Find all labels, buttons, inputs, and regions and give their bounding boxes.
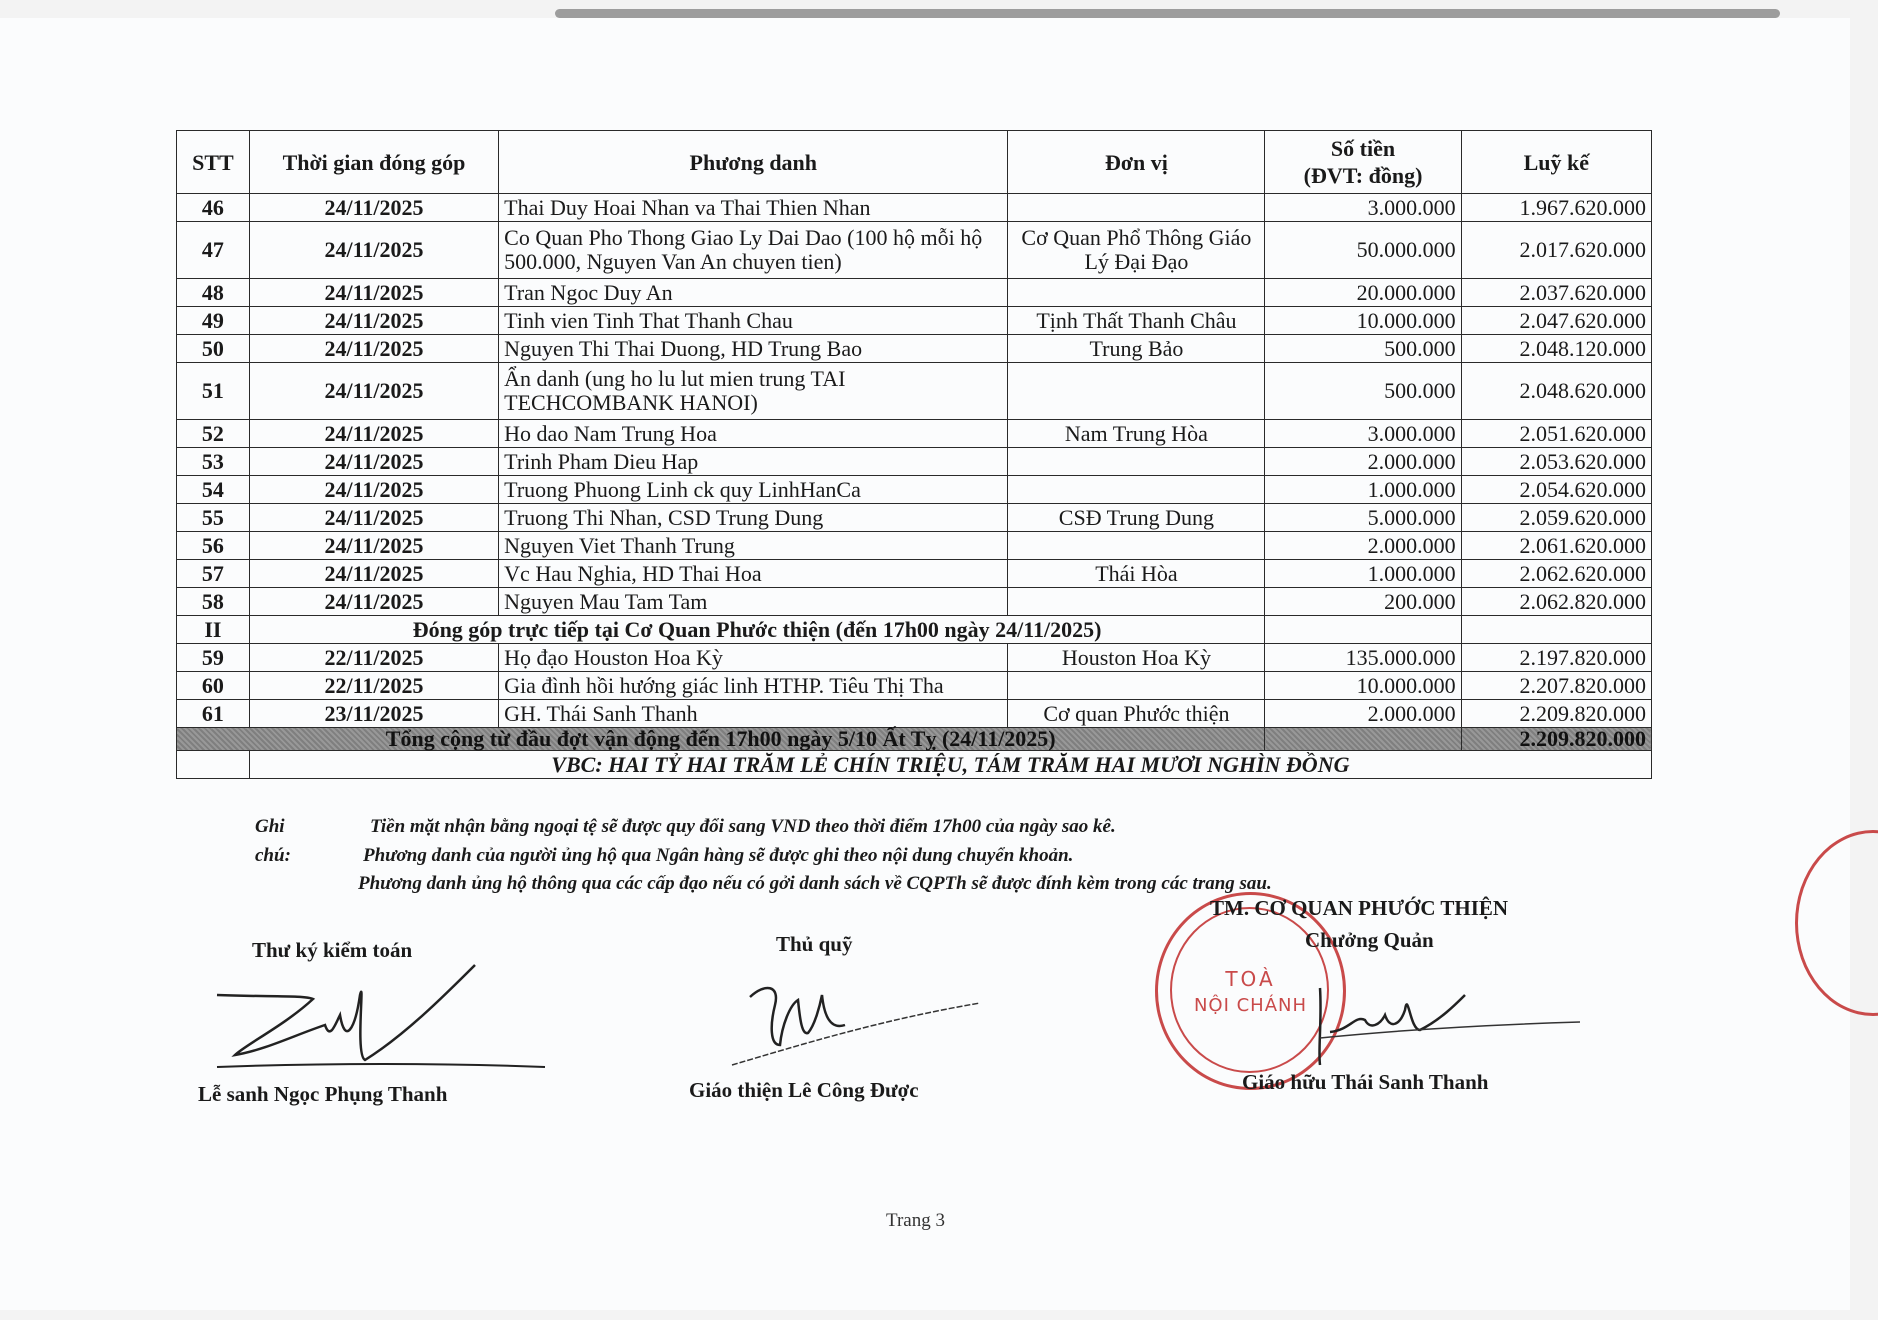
treasurer-name: Giáo thiện Lê Công Được — [689, 1078, 919, 1103]
cell-cumulative: 2.062.820.000 — [1461, 588, 1651, 616]
cell-amount: 10.000.000 — [1265, 307, 1461, 335]
cell-unit — [1008, 448, 1265, 476]
total-value: 2.209.820.000 — [1461, 728, 1651, 751]
cell-stt: 53 — [177, 448, 250, 476]
cell-stt: 60 — [177, 672, 250, 700]
cell-amount: 50.000.000 — [1265, 222, 1461, 279]
cell-date: 24/11/2025 — [249, 335, 498, 363]
cell-unit: Houston Hoa Kỳ — [1008, 644, 1265, 672]
table-row: 4724/11/2025Co Quan Pho Thong Giao Ly Da… — [177, 222, 1652, 279]
head-title: Chưởng Quản — [1305, 928, 1434, 953]
cell-amount: 5.000.000 — [1265, 504, 1461, 532]
cell-date: 24/11/2025 — [249, 363, 498, 420]
header-name: Phương danh — [499, 131, 1008, 194]
cell-cumulative: 2.059.620.000 — [1461, 504, 1651, 532]
header-stt: STT — [177, 131, 250, 194]
cell-cumulative: 2.197.820.000 — [1461, 644, 1651, 672]
section-row: II Đóng góp trực tiếp tại Cơ Quan Phước … — [177, 616, 1652, 644]
cell-stt: 49 — [177, 307, 250, 335]
amount-in-words-row: VBC: HAI TỶ HAI TRĂM LẺ CHÍN TRIỆU, TÁM … — [177, 751, 1652, 779]
cell-amount: 135.000.000 — [1265, 644, 1461, 672]
head-organization: TM. CƠ QUAN PHƯỚC THIỆN — [1210, 896, 1508, 921]
cell-cumulative: 2.048.620.000 — [1461, 363, 1651, 420]
cell-date: 24/11/2025 — [249, 194, 498, 222]
table-row: 5624/11/2025Nguyen Viet Thanh Trung2.000… — [177, 532, 1652, 560]
cell-name: Ẩn danh (ung ho lu lut mien trung TAI TE… — [499, 363, 1008, 420]
cell-cumulative: 2.048.120.000 — [1461, 335, 1651, 363]
table-row: 5324/11/2025Trinh Pham Dieu Hap2.000.000… — [177, 448, 1652, 476]
cell-cumulative: 2.207.820.000 — [1461, 672, 1651, 700]
header-unit: Đơn vị — [1008, 131, 1265, 194]
cell-stt: 56 — [177, 532, 250, 560]
cell-unit — [1008, 194, 1265, 222]
donation-table: STT Thời gian đóng góp Phương danh Đơn v… — [176, 130, 1652, 779]
auditor-signature-icon — [205, 955, 585, 1085]
treasurer-signature-icon — [720, 975, 1000, 1075]
cell-amount: 3.000.000 — [1265, 420, 1461, 448]
cell-stt: 52 — [177, 420, 250, 448]
total-label: Tổng cộng từ đầu đợt vận động đến 17h00 … — [177, 728, 1265, 751]
section-title: Đóng góp trực tiếp tại Cơ Quan Phước thi… — [249, 616, 1265, 644]
table-row: 5024/11/2025Nguyen Thi Thai Duong, HD Tr… — [177, 335, 1652, 363]
cell-name: Gia đình hồi hướng giác linh HTHP. Tiêu … — [499, 672, 1008, 700]
table-row: 5224/11/2025Ho dao Nam Trung HoaNam Trun… — [177, 420, 1652, 448]
section-number: II — [177, 616, 250, 644]
total-row: Tổng cộng từ đầu đợt vận động đến 17h00 … — [177, 728, 1652, 751]
table-row: 5824/11/2025Nguyen Mau Tam Tam200.0002.0… — [177, 588, 1652, 616]
cell-date: 22/11/2025 — [249, 672, 498, 700]
cell-unit: CSĐ Trung Dung — [1008, 504, 1265, 532]
cell-date: 23/11/2025 — [249, 700, 498, 728]
table-row: 6022/11/2025Gia đình hồi hướng giác linh… — [177, 672, 1652, 700]
cell-stt: 55 — [177, 504, 250, 532]
cell-cumulative: 2.054.620.000 — [1461, 476, 1651, 504]
cell-stt: 54 — [177, 476, 250, 504]
header-cumulative: Luỹ kế — [1461, 131, 1651, 194]
cell-cumulative: 1.967.620.000 — [1461, 194, 1651, 222]
cell-name: Họ đạo Houston Hoa Kỳ — [499, 644, 1008, 672]
cell-name: Thai Duy Hoai Nhan va Thai Thien Nhan — [499, 194, 1008, 222]
cell-date: 24/11/2025 — [249, 222, 498, 279]
treasurer-title: Thủ quỹ — [776, 932, 852, 957]
notes-label: Ghi chú: — [255, 812, 291, 870]
cell-date: 22/11/2025 — [249, 644, 498, 672]
cell-amount: 2.000.000 — [1265, 700, 1461, 728]
head-signature-icon — [1260, 970, 1590, 1080]
cell-cumulative: 2.037.620.000 — [1461, 279, 1651, 307]
page-number: Trang 3 — [886, 1210, 945, 1232]
head-name: Giáo hữu Thái Sanh Thanh — [1242, 1070, 1488, 1095]
cell-name: Truong Phuong Linh ck quy LinhHanCa — [499, 476, 1008, 504]
cell-name: Nguyen Mau Tam Tam — [499, 588, 1008, 616]
cell-amount: 20.000.000 — [1265, 279, 1461, 307]
cell-name: Truong Thi Nhan, CSD Trung Dung — [499, 504, 1008, 532]
cell-name: Tran Ngoc Duy An — [499, 279, 1008, 307]
cell-date: 24/11/2025 — [249, 504, 498, 532]
cell-amount: 1.000.000 — [1265, 560, 1461, 588]
cell-date: 24/11/2025 — [249, 448, 498, 476]
cell-date: 24/11/2025 — [249, 532, 498, 560]
cell-date: 24/11/2025 — [249, 560, 498, 588]
cell-stt: 48 — [177, 279, 250, 307]
cell-unit: Cơ Quan Phổ Thông Giáo Lý Đại Đạo — [1008, 222, 1265, 279]
cell-unit: Thái Hòa — [1008, 560, 1265, 588]
cell-date: 24/11/2025 — [249, 588, 498, 616]
cell-stt: 61 — [177, 700, 250, 728]
cell-name: Nguyen Thi Thai Duong, HD Trung Bao — [499, 335, 1008, 363]
auditor-name: Lễ sanh Ngọc Phụng Thanh — [198, 1082, 447, 1107]
table-row: 5124/11/2025Ẩn danh (ung ho lu lut mien … — [177, 363, 1652, 420]
cell-stt: 58 — [177, 588, 250, 616]
table-row: 5724/11/2025Vc Hau Nghia, HD Thai HoaThá… — [177, 560, 1652, 588]
cell-unit — [1008, 363, 1265, 420]
cell-amount: 500.000 — [1265, 335, 1461, 363]
cell-stt: 46 — [177, 194, 250, 222]
cell-cumulative: 2.062.620.000 — [1461, 560, 1651, 588]
cell-unit: Cơ quan Phước thiện — [1008, 700, 1265, 728]
cell-unit — [1008, 588, 1265, 616]
table-row: 5922/11/2025Họ đạo Houston Hoa KỳHouston… — [177, 644, 1652, 672]
cell-unit — [1008, 672, 1265, 700]
note-line: Tiền mặt nhận bằng ngoại tệ sẽ được quy … — [370, 812, 1116, 841]
cell-cumulative: 2.047.620.000 — [1461, 307, 1651, 335]
cell-name: Ho dao Nam Trung Hoa — [499, 420, 1008, 448]
cell-stt: 47 — [177, 222, 250, 279]
cell-unit: Nam Trung Hòa — [1008, 420, 1265, 448]
cell-cumulative: 2.051.620.000 — [1461, 420, 1651, 448]
cell-date: 24/11/2025 — [249, 279, 498, 307]
cell-amount: 2.000.000 — [1265, 448, 1461, 476]
cell-stt: 59 — [177, 644, 250, 672]
table-row: 6123/11/2025GH. Thái Sanh ThanhCơ quan P… — [177, 700, 1652, 728]
cell-amount: 3.000.000 — [1265, 194, 1461, 222]
header-date: Thời gian đóng góp — [249, 131, 498, 194]
cell-date: 24/11/2025 — [249, 476, 498, 504]
cell-amount: 500.000 — [1265, 363, 1461, 420]
cell-cumulative: 2.061.620.000 — [1461, 532, 1651, 560]
cell-name: Co Quan Pho Thong Giao Ly Dai Dao (100 h… — [499, 222, 1008, 279]
cell-date: 24/11/2025 — [249, 420, 498, 448]
cell-stt: 51 — [177, 363, 250, 420]
cell-cumulative: 2.209.820.000 — [1461, 700, 1651, 728]
cell-unit — [1008, 279, 1265, 307]
note-line: Phương danh của người ủng hộ qua Ngân hà… — [363, 841, 1073, 870]
cell-name: Nguyen Viet Thanh Trung — [499, 532, 1008, 560]
cell-unit: Trung Bảo — [1008, 335, 1265, 363]
cell-amount: 2.000.000 — [1265, 532, 1461, 560]
amount-in-words: VBC: HAI TỶ HAI TRĂM LẺ CHÍN TRIỆU, TÁM … — [249, 751, 1651, 779]
table-row: 4824/11/2025Tran Ngoc Duy An20.000.0002.… — [177, 279, 1652, 307]
table-header-row: STT Thời gian đóng góp Phương danh Đơn v… — [177, 131, 1652, 194]
table-row: 4624/11/2025Thai Duy Hoai Nhan va Thai T… — [177, 194, 1652, 222]
cell-name: Vc Hau Nghia, HD Thai Hoa — [499, 560, 1008, 588]
cell-cumulative: 2.017.620.000 — [1461, 222, 1651, 279]
cell-stt: 57 — [177, 560, 250, 588]
cell-name: Tinh vien Tinh That Thanh Chau — [499, 307, 1008, 335]
horizontal-scrollbar[interactable] — [555, 9, 1780, 18]
cell-amount: 200.000 — [1265, 588, 1461, 616]
table-row: 4924/11/2025Tinh vien Tinh That Thanh Ch… — [177, 307, 1652, 335]
table-row: 5424/11/2025Truong Phuong Linh ck quy Li… — [177, 476, 1652, 504]
cell-unit: Tịnh Thất Thanh Châu — [1008, 307, 1265, 335]
cell-amount: 1.000.000 — [1265, 476, 1461, 504]
cell-date: 24/11/2025 — [249, 307, 498, 335]
cell-cumulative: 2.053.620.000 — [1461, 448, 1651, 476]
table-row: 5524/11/2025Truong Thi Nhan, CSD Trung D… — [177, 504, 1652, 532]
note-line: Phương danh ủng hộ thông qua các cấp đạo… — [358, 869, 1272, 898]
cell-name: GH. Thái Sanh Thanh — [499, 700, 1008, 728]
cell-unit — [1008, 476, 1265, 504]
cell-amount: 10.000.000 — [1265, 672, 1461, 700]
header-amount: Số tiền(ĐVT: đồng) — [1265, 131, 1461, 194]
cell-name: Trinh Pham Dieu Hap — [499, 448, 1008, 476]
cell-unit — [1008, 532, 1265, 560]
cell-stt: 50 — [177, 335, 250, 363]
